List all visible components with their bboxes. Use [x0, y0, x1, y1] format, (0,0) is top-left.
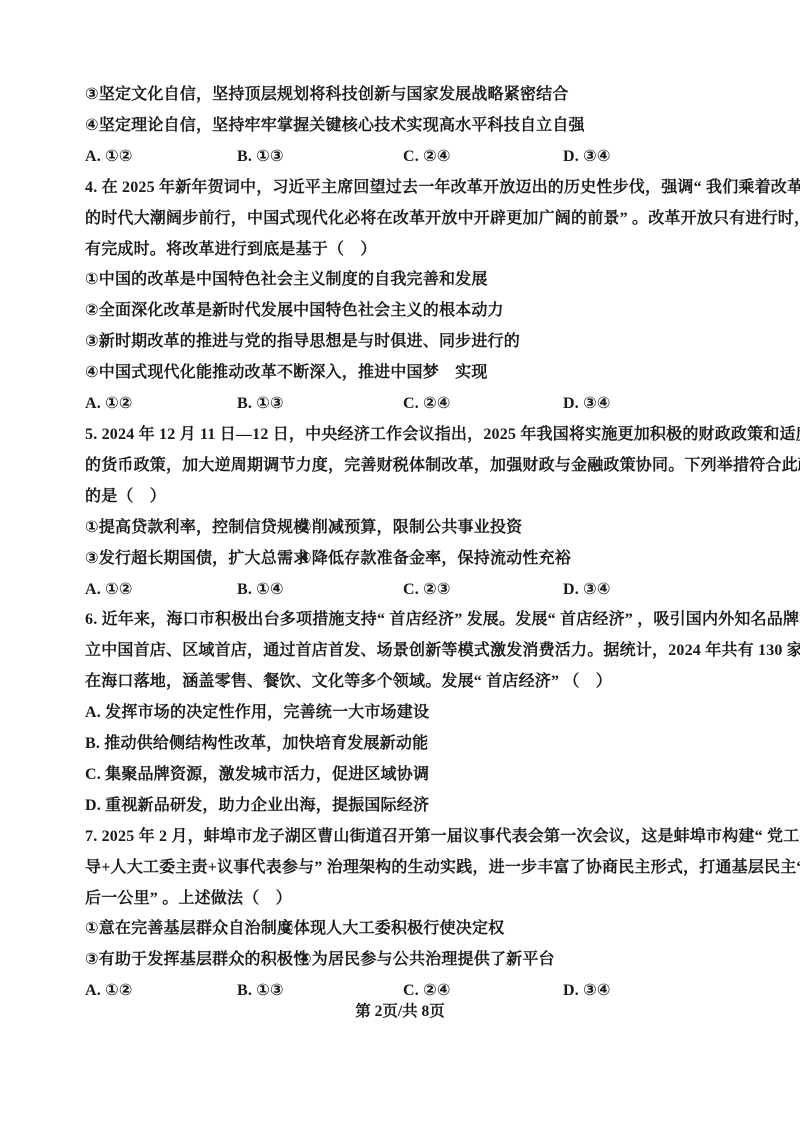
q5-option-a: A. ①②: [85, 575, 237, 606]
q6-stem-line-1: 6. 近年来，海口市积极出台多项措施支持“ 首店经济” 发展。发展“ 首店经济”…: [85, 605, 747, 636]
page-content: ③坚定文化自信，坚持顶层规划将科技创新与国家发展战略紧密结合 ④坚定理论自信，坚…: [85, 80, 747, 1007]
q7-statement-2: ②体现人大工委积极行使决定权: [280, 914, 504, 945]
q7-stem-line-2: 导+人大工委主责+议事代表参与” 治理架构的生动实践，进一步丰富了协商民主形式，…: [85, 853, 747, 884]
q3-statement-3: ③坚定文化自信，坚持顶层规划将科技创新与国家发展战略紧密结合: [85, 80, 747, 111]
q6-stem-line-2: 立中国首店、区域首店，通过首店首发、场景创新等模式激发消费活力。据统计，2024…: [85, 636, 747, 667]
q4-options-row: A. ①② B. ①③ C. ②④ D. ③④: [85, 389, 747, 420]
q4-statement-2: ②全面深化改革是新时代发展中国特色社会主义的根本动力: [85, 296, 747, 327]
q4-stem-line-3: 有完成时。将改革进行到底是基于（ ）: [85, 235, 747, 266]
q4-statement-3: ③新时期改革的推进与党的指导思想是与时俱进、同步进行的: [85, 327, 747, 358]
q5-option-b: B. ①④: [237, 575, 403, 606]
q5-statement-4: ④降低存款准备金率，保持流动性充裕: [298, 544, 571, 575]
q6-choice-a: A. 发挥市场的决定性作用，完善统一大市场建设: [85, 698, 747, 729]
q5-options-row: A. ①② B. ①④ C. ②③ D. ③④: [85, 575, 747, 606]
q5-option-c: C. ②③: [403, 575, 563, 606]
q5-statement-3: ③发行超长期国债，扩大总需求: [85, 544, 298, 575]
q5-statement-1: ①提高贷款利率，控制信贷规模: [85, 513, 298, 544]
q7-statement-4: ④为居民参与公共治理提供了新平台: [298, 945, 555, 976]
q5-statement-pair-2: ③发行超长期国债，扩大总需求 ④降低存款准备金率，保持流动性充裕: [85, 544, 747, 575]
q3-option-c: C. ②④: [403, 142, 563, 173]
q5-stem-line-1: 5. 2024 年 12 月 11 日—12 日，中央经济工作会议指出，2025…: [85, 420, 747, 451]
q7-stem-line-3: 后一公里” 。上述做法（ ）: [85, 884, 747, 915]
q5-stem-line-3: 的是（ ）: [85, 482, 747, 513]
q7-statement-3: ③有助于发挥基层群众的积极性: [85, 945, 298, 976]
q3-option-d: D. ③④: [563, 142, 747, 173]
q5-statement-pair-1: ①提高贷款利率，控制信贷规模 ②削减预算，限制公共事业投资: [85, 513, 747, 544]
q6-stem-line-3: 在海口落地，涵盖零售、餐饮、文化等多个领域。发展“ 首店经济” （ ）: [85, 667, 747, 698]
q4-option-d: D. ③④: [563, 389, 747, 420]
q3-option-b: B. ①③: [237, 142, 403, 173]
q6-choice-c: C. 集聚品牌资源，激发城市活力，促进区域协调: [85, 760, 747, 791]
q4-option-b: B. ①③: [237, 389, 403, 420]
q6-choice-d: D. 重视新品研发，助力企业出海，提振国际经济: [85, 791, 747, 822]
q5-stem-line-2: 的货币政策，加大逆周期调节力度，完善财税体制改革，加强财政与金融政策协同。下列举…: [85, 451, 747, 482]
q7-stem-line-1: 7. 2025 年 2 月，蚌埠市龙子湖区曹山街道召开第一届议事代表会第一次会议…: [85, 822, 747, 853]
q7-statement-1: ①意在完善基层群众自治制度: [85, 914, 280, 945]
q5-option-d: D. ③④: [563, 575, 747, 606]
q4-stem-line-2: 的时代大潮阔步前行，中国式现代化必将在改革开放中开辟更加广阔的前景” 。改革开放…: [85, 204, 747, 235]
q4-option-c: C. ②④: [403, 389, 563, 420]
page-footer: 第 2页/共 8页: [0, 997, 800, 1028]
q3-statement-4: ④坚定理论自信，坚持牢牢掌握关键核心技术实现高水平科技自立自强: [85, 111, 747, 142]
exam-paper-page: ③坚定文化自信，坚持顶层规划将科技创新与国家发展战略紧密结合 ④坚定理论自信，坚…: [0, 0, 800, 1132]
q4-statement-4: ④中国式现代化能推动改革不断深入，推进中国梦 实现: [85, 358, 747, 389]
q4-statement-1: ①中国的改革是中国特色社会主义制度的自我完善和发展: [85, 265, 747, 296]
q5-statement-2: ②削减预算，限制公共事业投资: [298, 513, 522, 544]
q3-option-a: A. ①②: [85, 142, 237, 173]
q3-options-row: A. ①② B. ①③ C. ②④ D. ③④: [85, 142, 747, 173]
q4-stem-line-1: 4. 在 2025 年新年贺词中，习近平主席回望过去一年改革开放迈出的历史性步伐…: [85, 173, 747, 204]
q4-option-a: A. ①②: [85, 389, 237, 420]
q7-statement-pair-1: ①意在完善基层群众自治制度 ②体现人大工委积极行使决定权: [85, 914, 747, 945]
q6-choice-b: B. 推动供给侧结构性改革，加快培育发展新动能: [85, 729, 747, 760]
q7-statement-pair-2: ③有助于发挥基层群众的积极性 ④为居民参与公共治理提供了新平台: [85, 945, 747, 976]
